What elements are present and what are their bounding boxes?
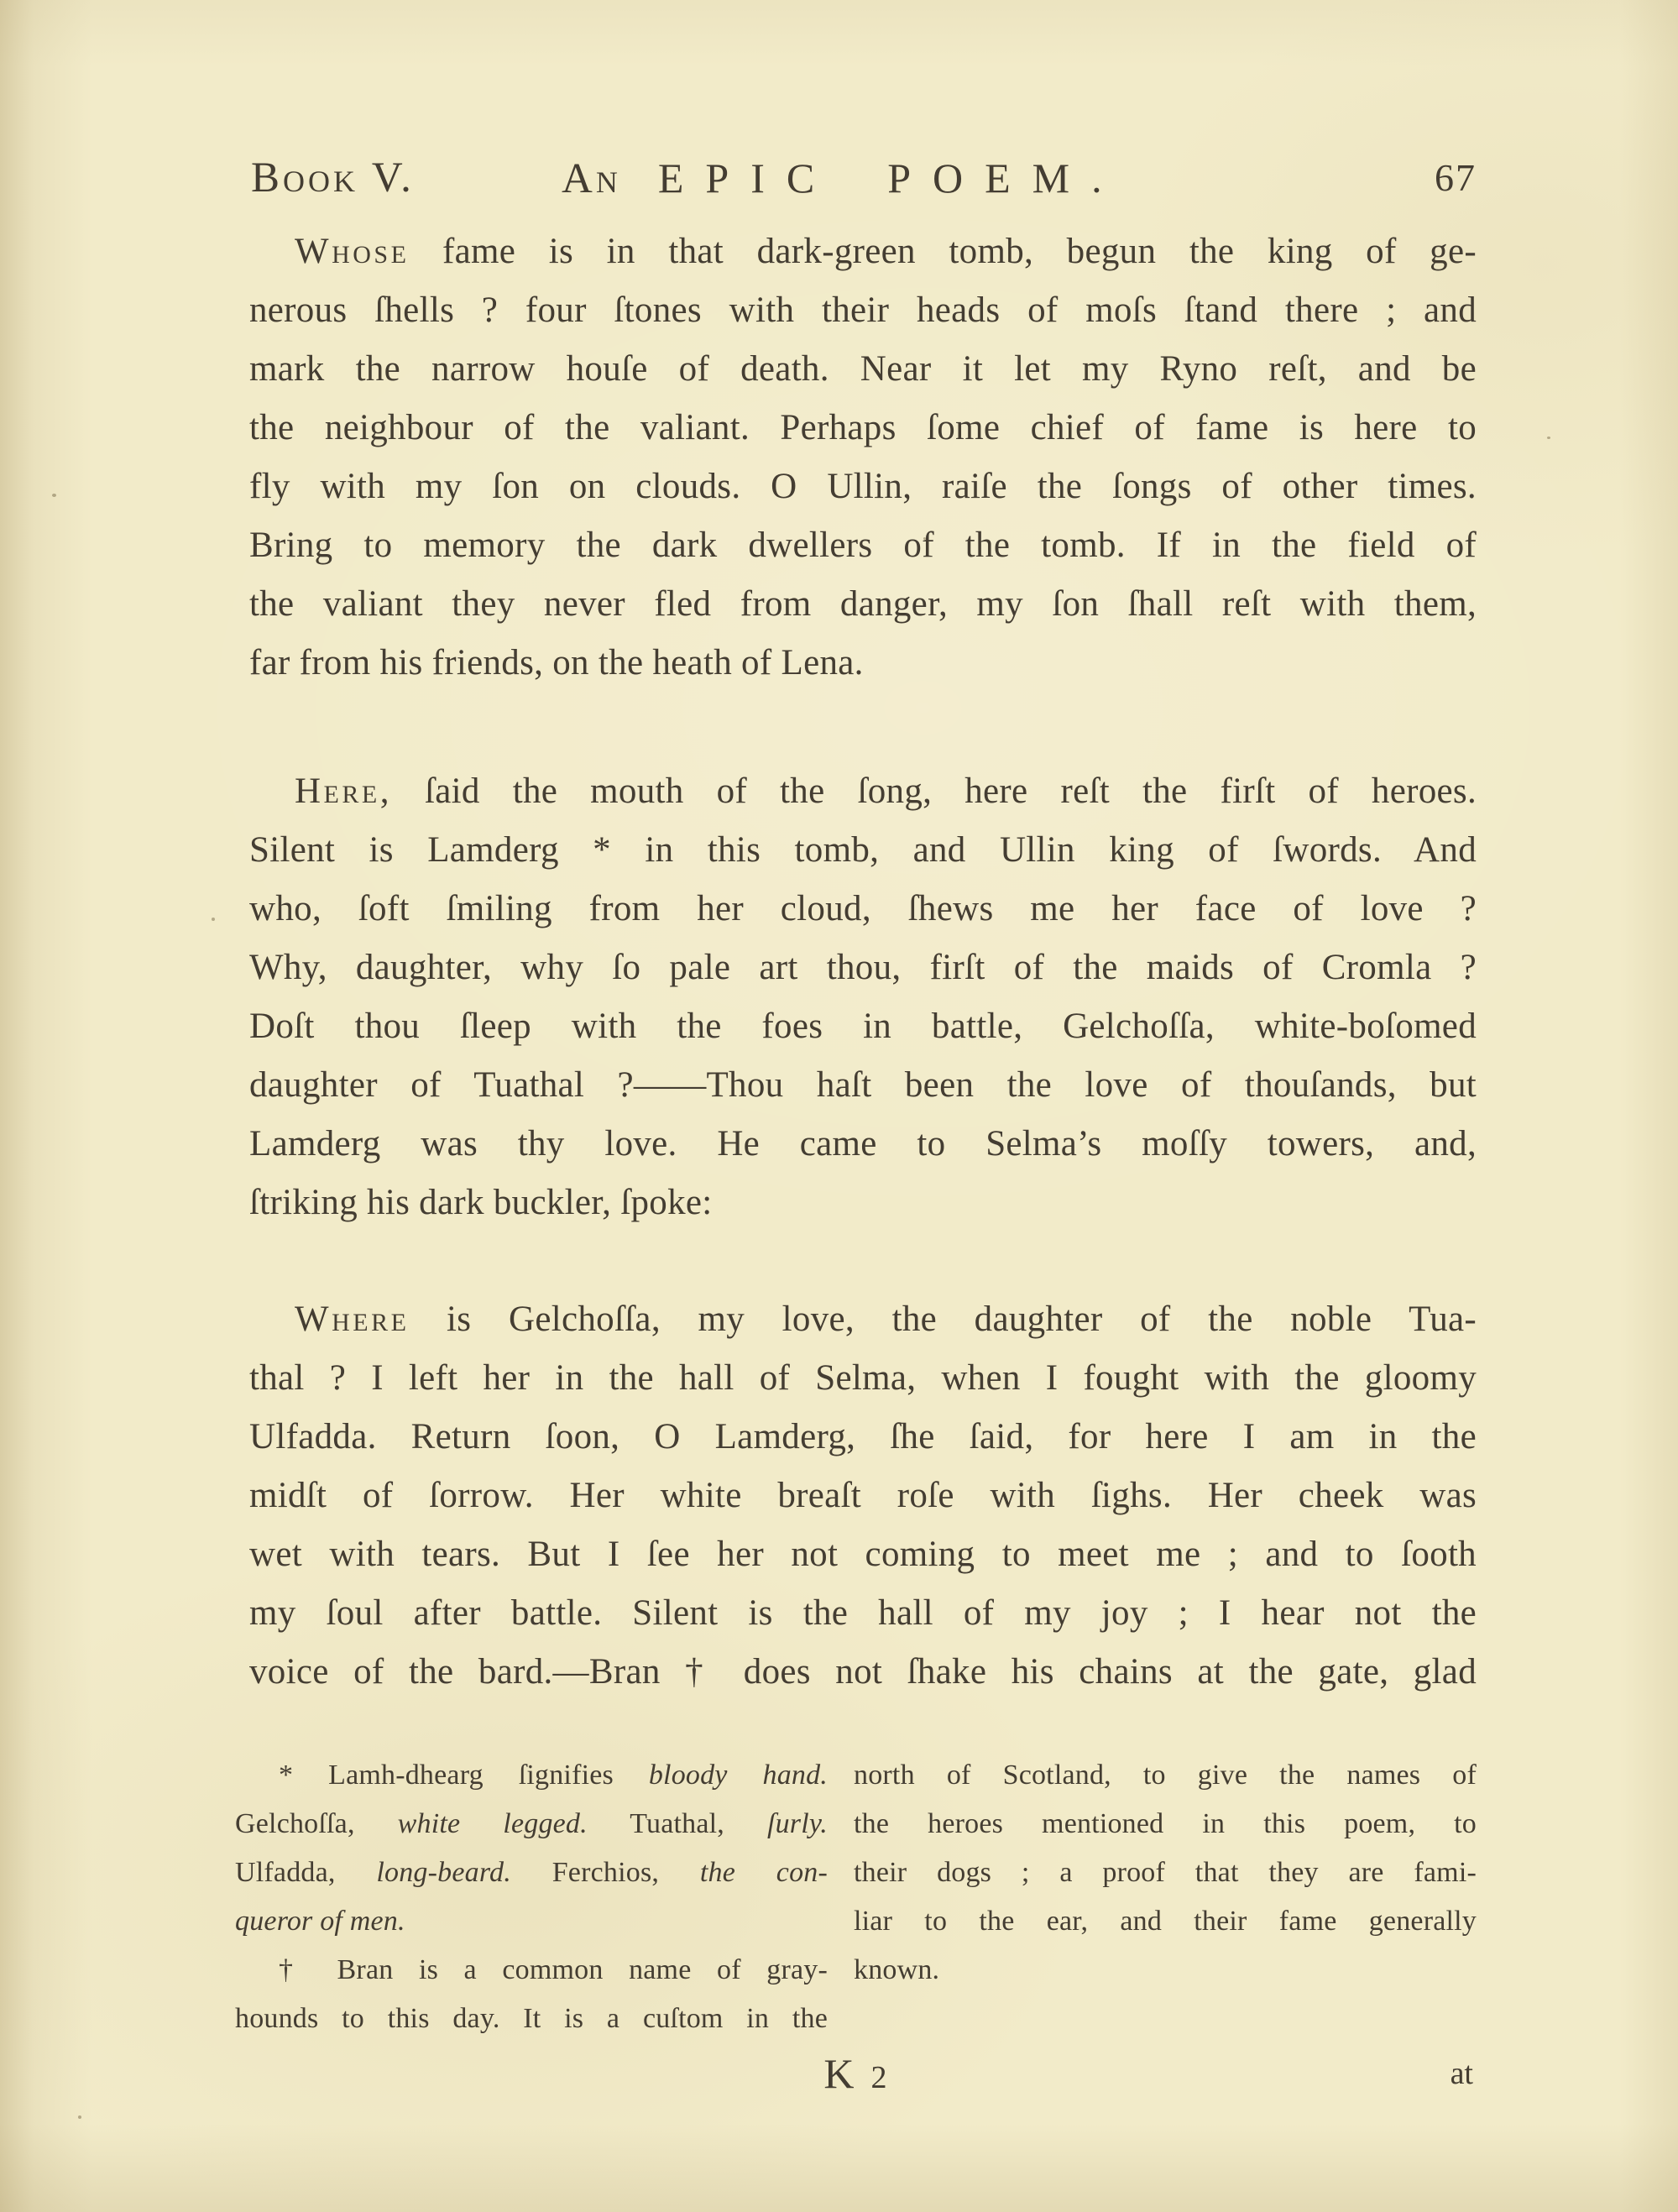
- line-text: ſtriking his dark buckler, ſpoke:: [249, 1183, 713, 1222]
- book-number: Book V.: [251, 148, 415, 208]
- text-line: Ulfadda. Return ſoon, O Lamderg, ſhe ſai…: [249, 1408, 1477, 1467]
- signature-number: 2: [871, 2060, 887, 2095]
- text-line: Whose fame is in that dark-green tomb, b…: [249, 222, 1477, 281]
- footnote-line: hounds to this day. It is a cuſtom in th…: [235, 1995, 828, 2043]
- line-text: ſaid the mouth of the ſong, here reſt th…: [392, 771, 1477, 811]
- text-line: mark the narrow houſe of death. Near it …: [249, 340, 1477, 399]
- text-line: wet with tears. But I ſee her not coming…: [249, 1525, 1477, 1584]
- text-line: the valiant they never fled from danger,…: [249, 575, 1477, 634]
- line-text: Silent is Lamderg * in this tomb, and Ul…: [249, 830, 1477, 870]
- signature-mark: K2: [823, 2047, 886, 2111]
- header-title: EPIC POEM.: [658, 154, 1124, 201]
- line-text: nerous ſhells ? four ſtones with their h…: [249, 290, 1477, 330]
- footnote-line: † Bran is a common name of gray-: [235, 1946, 828, 1995]
- header-article: An: [562, 155, 621, 202]
- text-line: voice of the bard.—Bran † does not ſhake…: [249, 1643, 1477, 1702]
- text-line: Doſt thou ſleep with the foes in battle,…: [249, 997, 1477, 1056]
- line-text: daughter of Tuathal ?——Thou haſt been th…: [249, 1065, 1477, 1105]
- text-line: Here, ſaid the mouth of the ſong, here r…: [249, 762, 1477, 821]
- line-text: the valiant they never fled from danger,…: [249, 584, 1477, 624]
- line-text: Why, daughter, why ſo pale art thou, fir…: [249, 948, 1477, 987]
- footnote-line: known.: [854, 1946, 1477, 1995]
- catchword: at: [1451, 2047, 1473, 2100]
- footnote-line: * Lamh-dhearg ſignifies bloody hand.: [235, 1751, 828, 1800]
- paragraph: Here, ſaid the mouth of the ſong, here r…: [249, 762, 1477, 1232]
- text-line: nerous ſhells ? four ſtones with their h…: [249, 281, 1477, 340]
- line-text: fly with my ſon on clouds. O Ullin, raiſ…: [249, 467, 1477, 506]
- text-line: Why, daughter, why ſo pale art thou, fir…: [249, 939, 1477, 997]
- page-number: 67: [1435, 148, 1477, 208]
- line-text: is Gelchoſſa, my love, the daughter of t…: [409, 1299, 1477, 1339]
- text-line: Lamderg was thy love. He came to Selma’s…: [249, 1115, 1477, 1174]
- text-line: the neighbour of the valiant. Perhaps ſo…: [249, 399, 1477, 458]
- header-title-group: An EPIC POEM.: [562, 148, 1124, 219]
- footnote-column-right: north of Scotland, to give the names of …: [854, 1751, 1477, 1995]
- smallcaps-lead: Here,: [295, 771, 392, 811]
- line-text: my ſoul after battle. Silent is the hall…: [249, 1593, 1477, 1633]
- text-line: far from his friends, on the heath of Le…: [249, 634, 1477, 693]
- text-line: fly with my ſon on clouds. O Ullin, raiſ…: [249, 458, 1477, 516]
- line-text: thal ? I left her in the hall of Selma, …: [249, 1358, 1477, 1398]
- line-text: Doſt thou ſleep with the foes in battle,…: [249, 1007, 1477, 1046]
- footnote-line: the heroes mentioned in this poem, to: [854, 1800, 1477, 1849]
- text-line: my ſoul after battle. Silent is the hall…: [249, 1584, 1477, 1643]
- line-text: Ulfadda. Return ſoon, O Lamderg, ſhe ſai…: [249, 1417, 1477, 1456]
- text-line: midſt of ſorrow. Her white breaſt roſe w…: [249, 1467, 1477, 1525]
- paragraph: Where is Gelchoſſa, my love, the daughte…: [249, 1290, 1477, 1702]
- text-line: Where is Gelchoſſa, my love, the daughte…: [249, 1290, 1477, 1349]
- text-line: Bring to memory the dark dwellers of the…: [249, 516, 1477, 575]
- footnote-line: Gelchoſſa, white legged. Tuathal, ſurly.: [235, 1800, 828, 1849]
- paragraph: Whose fame is in that dark-green tomb, b…: [249, 222, 1477, 693]
- footnote-line: their dogs ; a proof that they are fami-: [854, 1849, 1477, 1897]
- footnote-line: queror of men.: [235, 1897, 828, 1946]
- footnote-line: north of Scotland, to give the names of: [854, 1751, 1477, 1800]
- smallcaps-lead: Where: [295, 1299, 409, 1339]
- smallcaps-lead: Whose: [295, 232, 409, 271]
- footnote-column-left: * Lamh-dhearg ſignifies bloody hand. Gel…: [235, 1751, 828, 2043]
- line-text: voice of the bard.—Bran † does not ſhake…: [249, 1652, 1477, 1692]
- signature-letter: K: [823, 2050, 854, 2097]
- text-line: Silent is Lamderg * in this tomb, and Ul…: [249, 821, 1477, 880]
- signature-line: K2 at: [249, 2047, 1477, 2100]
- line-text: who, ſoft ſmiling from her cloud, ſhews …: [249, 889, 1477, 928]
- line-text: Bring to memory the dark dwellers of the…: [249, 526, 1477, 565]
- text-line: ſtriking his dark buckler, ſpoke:: [249, 1174, 1477, 1232]
- footnote-line: liar to the ear, and their fame generall…: [854, 1897, 1477, 1946]
- line-text: the neighbour of the valiant. Perhaps ſo…: [249, 408, 1477, 447]
- line-text: Lamderg was thy love. He came to Selma’s…: [249, 1124, 1477, 1164]
- footnote-line: Ulfadda, long-beard. Ferchios, the con-: [235, 1849, 828, 1897]
- line-text: fame is in that dark-green tomb, begun t…: [409, 232, 1477, 271]
- line-text: far from his friends, on the heath of Le…: [249, 643, 864, 682]
- line-text: midſt of ſorrow. Her white breaſt roſe w…: [249, 1476, 1477, 1515]
- text-line: daughter of Tuathal ?——Thou haſt been th…: [249, 1056, 1477, 1115]
- text-line: thal ? I left her in the hall of Selma, …: [249, 1349, 1477, 1408]
- running-header: Book V. An EPIC POEM. 67: [249, 148, 1477, 208]
- line-text: wet with tears. But I ſee her not coming…: [249, 1535, 1477, 1574]
- text-line: who, ſoft ſmiling from her cloud, ſhews …: [249, 880, 1477, 939]
- book-page-scan: { "page": { "paper_color": "#f2ebc9", "i…: [0, 0, 1678, 2212]
- line-text: mark the narrow houſe of death. Near it …: [249, 349, 1477, 389]
